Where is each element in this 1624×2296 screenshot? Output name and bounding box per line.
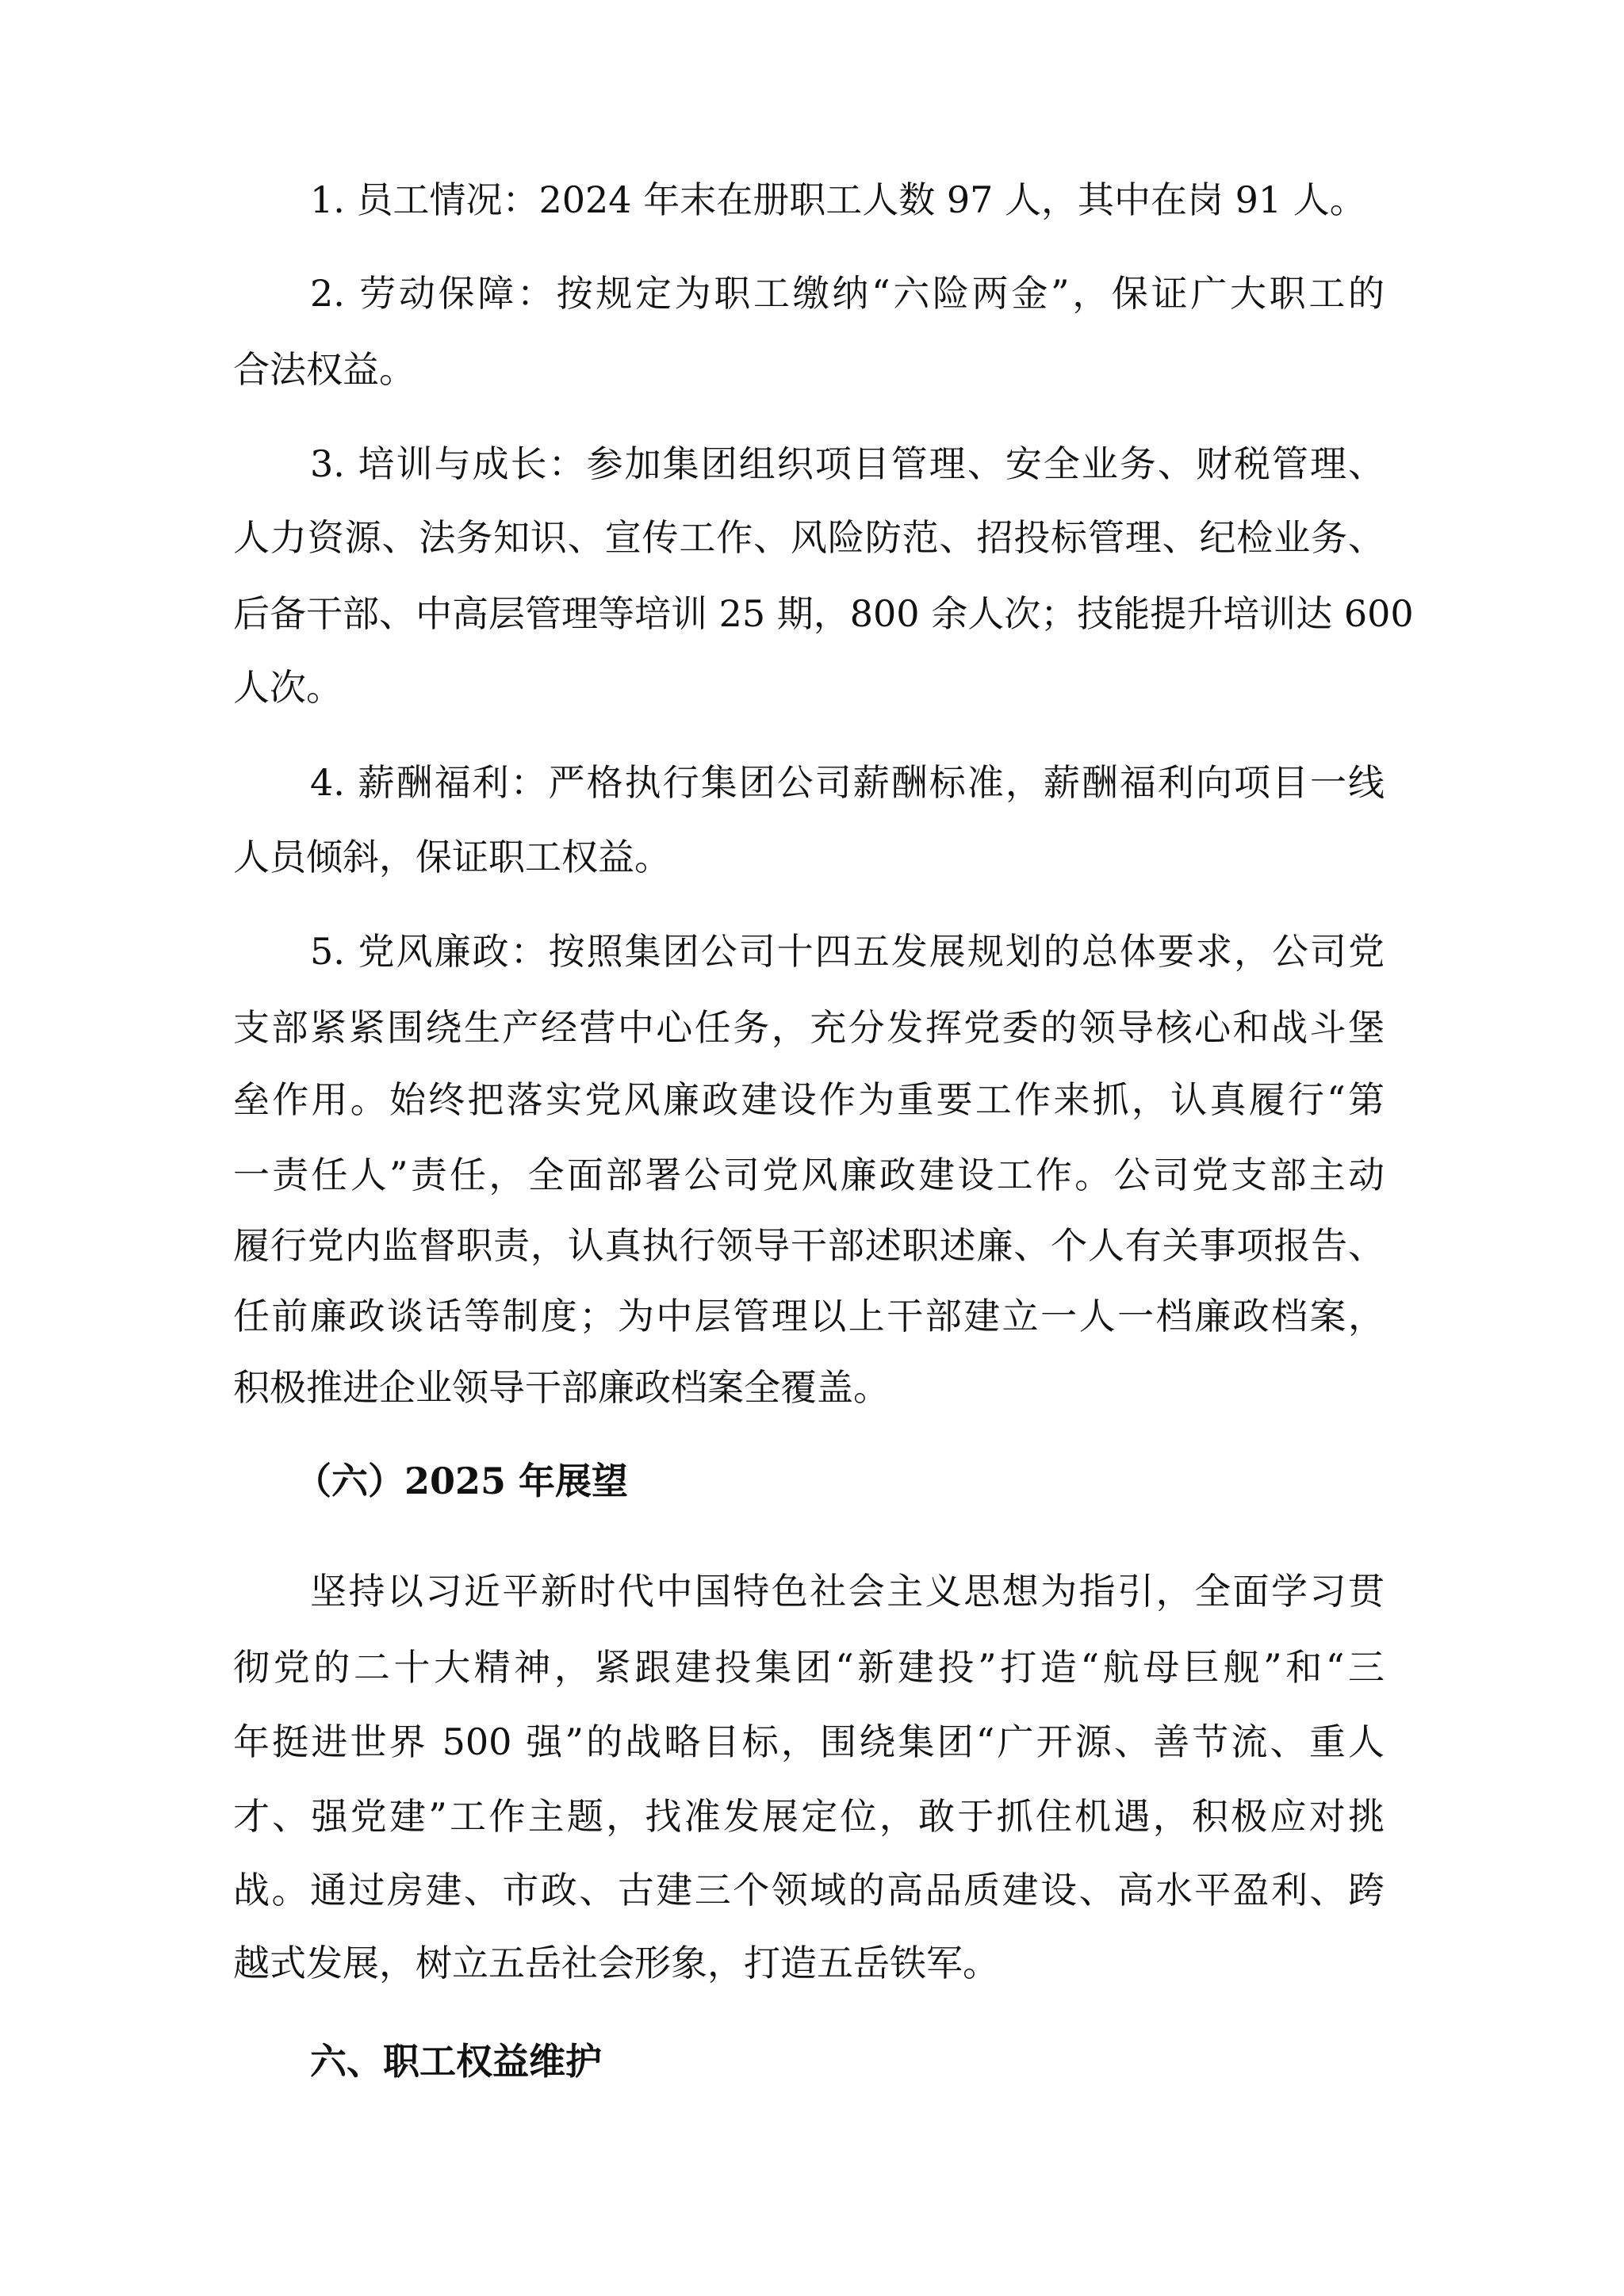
paragraph-integrity-line-4: 一责任人”责任，全面部署公司党风廉政建设工作。公司党支部主动: [233, 1138, 1385, 1212]
paragraph-outlook-line-3: 年挺进世界 500 强”的战略目标，围绕集团“广开源、善节流、重人: [233, 1705, 1385, 1779]
paragraph-labor-line-1: 2. 劳动保障：按规定为职工缴纳“六险两金”，保证广大职工的: [310, 256, 1385, 331]
paragraph-training-line-2: 人力资源、法务知识、宣传工作、风险防范、招投标管理、纪检业务、: [233, 500, 1385, 575]
paragraph-outlook-line-5: 战。通过房建、市政、古建三个领域的高品质建设、高水平盈利、跨: [233, 1853, 1385, 1927]
paragraph-integrity-line-6: 任前廉政谈话等制度；为中层管理以上干部建立一人一档廉政档案，: [233, 1279, 1385, 1353]
paragraph-training-line-3: 后备干部、中高层管理等培训 25 期，800 余人次；技能提升培训达 600: [233, 576, 1385, 651]
paragraph-outlook-line-4: 才、强党建”工作主题，找准发展定位，敢于抓住机遇，积极应对挑: [233, 1779, 1385, 1854]
paragraph-outlook-line-6: 越式发展，树立五岳社会形象，打造五岳铁军。: [233, 1926, 1385, 2000]
paragraph-outlook-line-2: 彻党的二十大精神，紧跟建投集团“新建投”打造“航母巨舰”和“三: [233, 1630, 1385, 1705]
paragraph-salary-line-2: 人员倾斜，保证职工权益。: [233, 820, 1385, 894]
paragraph-training-line-4: 人次。: [233, 650, 1385, 725]
section-heading-employee-rights: 六、职工权益维护: [310, 2024, 1385, 2099]
paragraph-integrity-line-7: 积极推进企业领导干部廉政档案全覆盖。: [233, 1350, 1385, 1425]
paragraph-integrity-line-2: 支部紧紧围绕生产经营中心任务，充分发挥党委的领导核心和战斗堡: [233, 990, 1385, 1065]
paragraph-labor-line-2: 合法权益。: [233, 332, 1385, 407]
subheading-2025-outlook: （六）2025 年展望: [295, 1444, 1446, 1518]
paragraph-integrity-line-3: 垒作用。始终把落实党风廉政建设作为重要工作来抓，认真履行“第: [233, 1062, 1385, 1137]
paragraph-training-line-1: 3. 培训与成长：参加集团组织项目管理、安全业务、财税管理、: [310, 427, 1385, 501]
document-page: 1. 员工情况：2024 年末在册职工人数 97 人，其中在岗 91 人。 2.…: [0, 0, 1624, 2296]
paragraph-staff-line-1: 1. 员工情况：2024 年末在册职工人数 97 人，其中在岗 91 人。: [310, 163, 1385, 237]
paragraph-outlook-line-1: 坚持以习近平新时代中国特色社会主义思想为指引，全面学习贯: [310, 1554, 1385, 1628]
paragraph-integrity-line-1: 5. 党风廉政：按照集团公司十四五发展规划的总体要求，公司党: [310, 914, 1385, 989]
paragraph-salary-line-1: 4. 薪酬福利：严格执行集团公司薪酬标准，薪酬福利向项目一线: [310, 745, 1385, 820]
paragraph-integrity-line-5: 履行党内监督职责，认真执行领导干部述职述廉、个人有关事项报告、: [233, 1208, 1385, 1283]
